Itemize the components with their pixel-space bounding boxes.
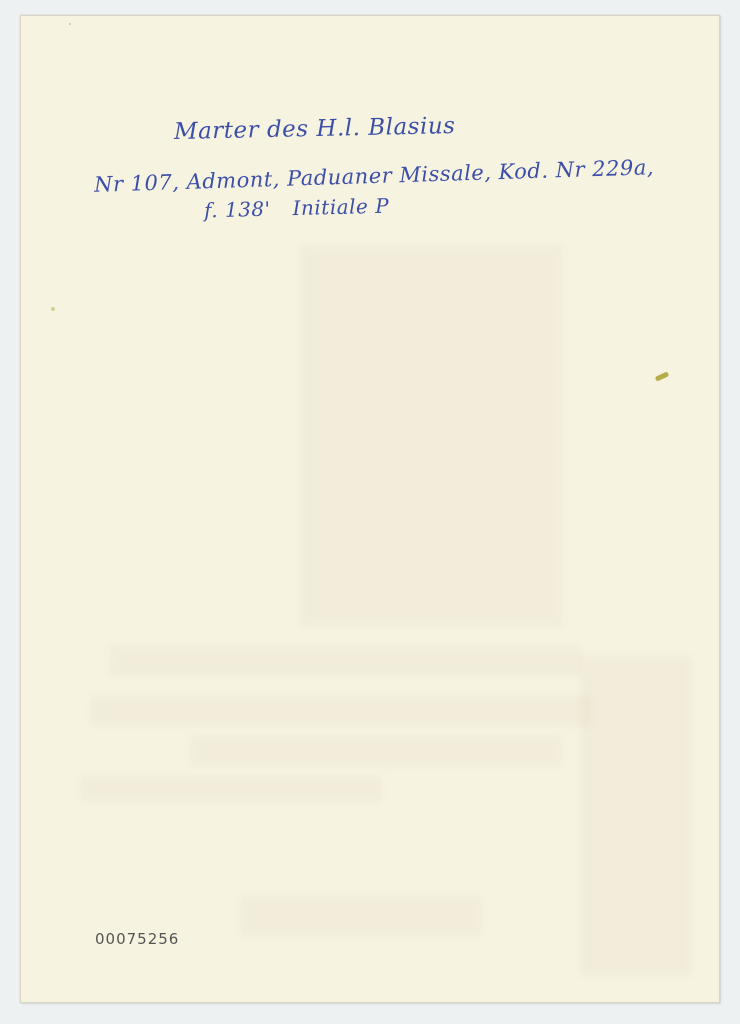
initial-note: Initiale P — [292, 194, 389, 221]
show-through-shadow — [91, 696, 591, 726]
show-through-shadow — [191, 736, 561, 766]
show-through-shadow — [111, 646, 581, 676]
inventory-number: 00075256 — [95, 930, 179, 948]
show-through-shadow — [241, 896, 481, 936]
dust-speck — [69, 23, 71, 25]
spacer — [271, 215, 293, 216]
stain-mark — [655, 371, 670, 381]
folio-number: f. 138' — [204, 197, 271, 223]
show-through-shadow — [301, 246, 561, 626]
handwritten-title: Marter des H.l. Blasius — [174, 113, 456, 145]
handwritten-reference: Nr 107, Admont, Paduaner Missale, Kod. N… — [94, 155, 655, 197]
show-through-shadow — [581, 656, 691, 976]
handwritten-folio-line: f. 138'Initiale P — [204, 194, 390, 223]
paper-sheet: Marter des H.l. Blasius Nr 107, Admont, … — [20, 15, 720, 1003]
stain-speck — [51, 307, 55, 311]
show-through-shadow — [81, 776, 381, 801]
